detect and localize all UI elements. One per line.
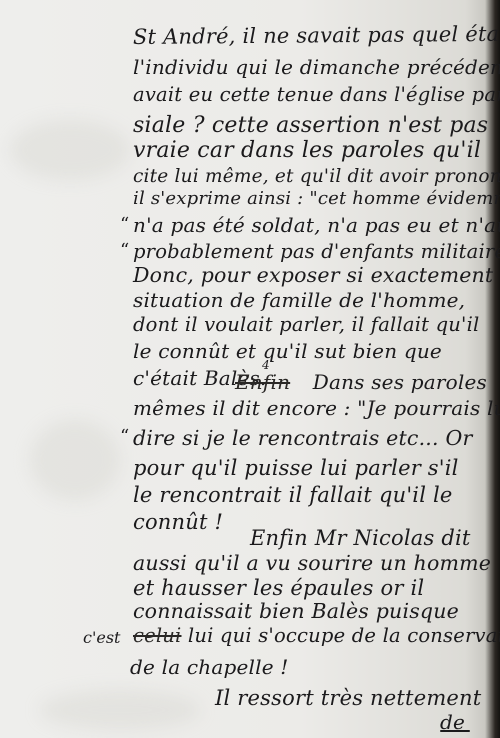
manuscript-line: celui lui qui s'occupe de la conservatio…: [133, 626, 500, 646]
manuscript-line: le rencontrait il fallait qu'il le: [133, 485, 453, 506]
manuscript-line: Donc, pour exposer si exactement la: [133, 265, 500, 286]
manuscript-line: cite lui même, et qu'il dit avoir pronon…: [133, 168, 500, 187]
paper-stain: [30, 420, 120, 500]
quote-mark: “: [120, 426, 129, 447]
quote-mark: “: [120, 214, 129, 235]
manuscript-line: dire si je le rencontrais etc... Or: [133, 428, 472, 449]
manuscript-line: connaissait bien Balès puisque: [133, 601, 459, 622]
manuscript-line: dont il voulait parler, il fallait qu'il: [133, 315, 479, 335]
manuscript-line: il s'exprime ainsi : "cet homme évidemme…: [133, 190, 500, 208]
line-text: Dans ses paroles: [313, 370, 487, 394]
manuscript-line: aussi qu'il a vu sourire un homme: [133, 553, 491, 574]
manuscript-line: connût !: [133, 512, 223, 533]
manuscript-line: vraie car dans les paroles qu'il: [133, 140, 481, 162]
manuscript-page: St André, il ne savait pas quel était l'…: [0, 0, 500, 738]
manuscript-line: avait eu cette tenue dans l'église paroi…: [133, 85, 500, 105]
manuscript-line: siale ? cette assertion n'est pas: [133, 115, 488, 137]
manuscript-line: Enfin Dans ses paroles: [235, 372, 487, 392]
manuscript-line: et hausser les épaules or il: [133, 578, 424, 599]
manuscript-line: Il ressort très nettement: [215, 688, 481, 709]
manuscript-line: n'a pas été soldat, n'a pas eu et n'aura: [133, 215, 500, 235]
manuscript-line: situation de famille de l'homme,: [133, 290, 465, 310]
manuscript-line: St André, il ne savait pas quel était: [133, 24, 500, 48]
paper-stain: [40, 690, 200, 730]
manuscript-line: probablement pas d'enfants militaires: [133, 242, 500, 262]
manuscript-line: Enfin Mr Nicolas dit: [250, 528, 471, 549]
margin-insert: c'est: [83, 628, 120, 647]
manuscript-line: le connût et qu'il sut bien que: [133, 341, 442, 361]
manuscript-line: l'individu qui le dimanche précédent: [133, 57, 500, 77]
manuscript-line: de: [440, 712, 465, 732]
quote-mark: “: [120, 240, 129, 261]
manuscript-line: pour qu'il puisse lui parler s'il: [133, 458, 459, 479]
struck-word: Enfin: [235, 370, 290, 394]
struck-word: celui: [133, 624, 182, 647]
paper-stain: [10, 120, 130, 180]
line-text: lui qui s'occupe de la conservation: [188, 624, 500, 647]
manuscript-line: de la chapelle !: [130, 657, 289, 677]
flourish-stroke: [440, 730, 470, 732]
manuscript-line: mêmes il dit encore : "Je pourrais lui: [133, 398, 500, 418]
